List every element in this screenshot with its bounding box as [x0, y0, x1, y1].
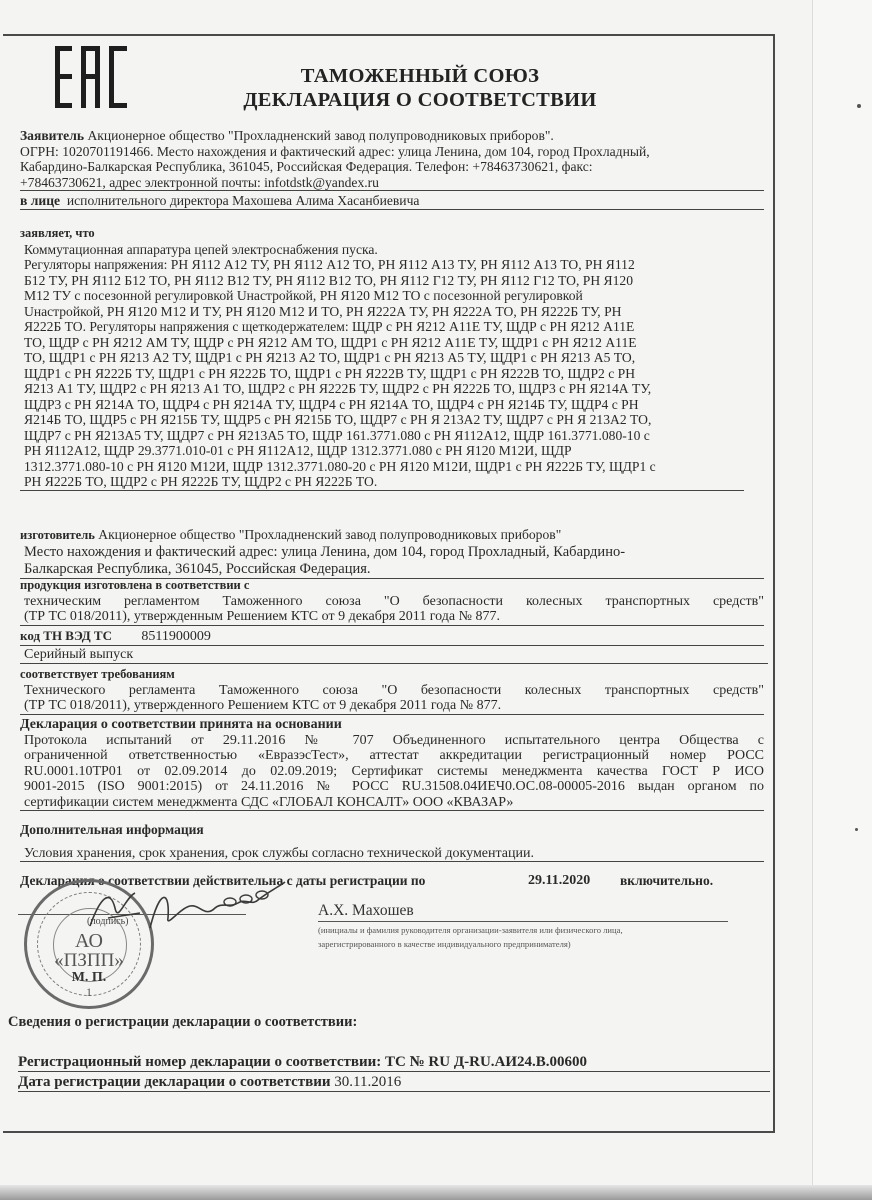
- declares-line: РН Я222Б ТО, ЩДР2 с РН Я222Б ТУ, ЩДР2 с …: [20, 474, 744, 491]
- declares-label: заявляет, что: [20, 226, 764, 242]
- scan-bottom-edge: [0, 1185, 872, 1200]
- declares-section: заявляет, что Коммутационная аппаратура …: [20, 226, 764, 491]
- registration-number-label: Регистрационный номер декларации о соотв…: [18, 1054, 381, 1070]
- applicant-section: Заявитель Акционерное общество "Прохладн…: [20, 128, 764, 210]
- applicant-line: +78463730621, адрес электронной почты: i…: [20, 175, 764, 192]
- declares-line: Б12 ТУ, РН Я112 Б12 ТО, РН Я112 В12 ТУ, …: [20, 273, 764, 289]
- conforms-line: Технического регламента Таможенного союз…: [20, 683, 764, 699]
- produced-per-line: техническим регламентом Таможенного союз…: [20, 594, 764, 610]
- manufacturer-address: Место нахождения и фактический адрес: ул…: [20, 544, 764, 561]
- signatory-caption: зарегистрированного в качестве индивидуа…: [318, 939, 728, 950]
- tn-ved-row: код ТН ВЭД ТС 8511900009: [20, 628, 764, 646]
- basis-line: 9001-2015 (ISO 9001:2015) от 24.11.2016 …: [20, 779, 764, 795]
- applicant-line: Кабардино-Балкарская Республика, 361045,…: [20, 159, 764, 175]
- registration-number-row: Регистрационный номер декларации о соотв…: [18, 1054, 770, 1072]
- stamp-text: «ПЗПП»: [27, 950, 151, 972]
- additional-text: Условия хранения, срок хранения, срок сл…: [20, 846, 764, 863]
- produced-per-line: (ТР ТС 018/2011), утвержденным Решением …: [20, 609, 764, 626]
- tn-ved-label: код ТН ВЭД ТС: [20, 628, 112, 643]
- conforms-label: соответствует требованиям: [20, 667, 764, 683]
- produced-per-section: продукция изготовлена в соответствии с т…: [20, 578, 764, 626]
- registration-number-value: ТС № RU Д-RU.АИ24.В.00600: [385, 1054, 587, 1070]
- declares-line: 1312.3771.080-10 с РН Я120 М12И, ЩДР 131…: [20, 459, 764, 475]
- basis-label: Декларация о соответствии принята на осн…: [20, 717, 764, 733]
- manufacturer-name: Акционерное общество "Прохладненский зав…: [98, 527, 561, 542]
- scan-speck: [855, 828, 858, 831]
- declares-line: Я222Б ТО. Регуляторы напряжения с щеткод…: [20, 319, 764, 335]
- validity-suffix: включительно.: [620, 873, 713, 889]
- produced-per-label: продукция изготовлена в соответствии с: [20, 578, 764, 594]
- declares-line: М12 ТУ с посезонной регулировкой Uнастро…: [20, 288, 764, 304]
- conforms-line: (ТР ТС 018/2011), утвержденного Решением…: [20, 698, 764, 715]
- title-customs-union: ТАМОЖЕННЫЙ СОЮЗ: [200, 64, 640, 88]
- declares-line: Регуляторы напряжения: РН Я112 А12 ТУ, Р…: [20, 257, 764, 273]
- signature-icon: [80, 878, 290, 938]
- declares-line: ТО, ЩДР с РН Я212 АМ ТУ, ЩДР с РН Я212 А…: [20, 335, 764, 351]
- declares-line: ЩДР7 с РН Я213А5 ТУ, ЩДР7 с РН Я213А5 ТО…: [20, 428, 764, 444]
- basis-section: Декларация о соответствии принята на осн…: [20, 717, 764, 811]
- manufacturer-address: Балкарская Республика, 361045, Российска…: [20, 561, 764, 579]
- declares-line: ЩДР1 с РН Я222Б ТУ, ЩДР1 с РН Я222Б ТО, …: [20, 366, 764, 382]
- registration-heading: Сведения о регистрации декларации о соот…: [8, 1015, 752, 1031]
- manufacturer-section: изготовитель Акционерное общество "Прохл…: [20, 527, 764, 579]
- declares-line: ЩДР3 с РН Я214А ТО, ЩДР4 с РН Я214А ТУ, …: [20, 397, 764, 413]
- scan-speck: [857, 104, 861, 108]
- declares-line: Коммутационная аппаратура цепей электрос…: [20, 242, 764, 258]
- applicant-line: ОГРН: 1020701191466. Место нахождения и …: [20, 144, 764, 160]
- document-title: ТАМОЖЕННЫЙ СОЮЗ ДЕКЛАРАЦИЯ О СООТВЕТСТВИ…: [200, 64, 640, 112]
- additional-section: Дополнительная информация Условия хранен…: [20, 822, 764, 862]
- stamp-text: 1: [27, 985, 151, 1000]
- tn-ved-value: 8511900009: [141, 629, 210, 645]
- basis-line: ограниченной ответственностью «ЕвразэсТе…: [20, 748, 764, 764]
- signatory-name: А.Х. Махошев: [318, 902, 728, 922]
- signatory-caption: (инициалы и фамилия руководителя организ…: [318, 925, 728, 936]
- title-declaration: ДЕКЛАРАЦИЯ О СООТВЕТСТВИИ: [200, 88, 640, 112]
- page-edge: [812, 0, 872, 1200]
- applicant-label: Заявитель: [20, 128, 84, 143]
- signatory-block: А.Х. Махошев (инициалы и фамилия руковод…: [318, 902, 728, 949]
- additional-label: Дополнительная информация: [20, 822, 764, 838]
- declares-line: Uнастройкой, РН Я120 М12 И ТУ, РН Я120 М…: [20, 304, 764, 320]
- conforms-section: соответствует требованиям Технического р…: [20, 667, 764, 715]
- stamp-text: М. П.: [27, 970, 151, 986]
- basis-line: RU.0001.10ТР01 от 02.09.2014 до 02.09.20…: [20, 764, 764, 780]
- registration-date-row: Дата регистрации декларации о соответств…: [18, 1074, 770, 1092]
- declares-line: Я213 А1 ТУ, ЩДР2 с РН Я213 А1 ТО, ЩДР2 с…: [20, 381, 764, 397]
- applicant-line: Акционерное общество "Прохладненский зав…: [87, 128, 553, 143]
- basis-line: Протокола испытаний от 29.11.2016 № 707 …: [20, 733, 764, 749]
- registration-date-label: Дата регистрации декларации о соответств…: [18, 1074, 331, 1090]
- represented-value: исполнительного директора Махошева Алима…: [67, 193, 420, 208]
- registration-date-value: 30.11.2016: [334, 1074, 401, 1090]
- basis-line: сертификации систем менеджмента СДС «ГЛО…: [20, 795, 764, 812]
- release-type: Серийный выпуск: [20, 647, 768, 664]
- validity-date: 29.11.2020: [528, 873, 590, 889]
- manufacturer-label: изготовитель: [20, 528, 95, 542]
- declares-line: Я214Б ТО, ЩДР5 с РН Я215Б ТУ, ЩДР5 с РН …: [20, 412, 764, 428]
- declares-line: ТО, ЩДР1 с РН Я213 А2 ТУ, ЩДР1 с РН Я213…: [20, 350, 764, 366]
- represented-label: в лице: [20, 193, 60, 208]
- eac-logo-icon: [55, 46, 129, 108]
- declares-line: РН Я112А12, ЩДР 29.3771.010-01 с РН Я112…: [20, 443, 764, 459]
